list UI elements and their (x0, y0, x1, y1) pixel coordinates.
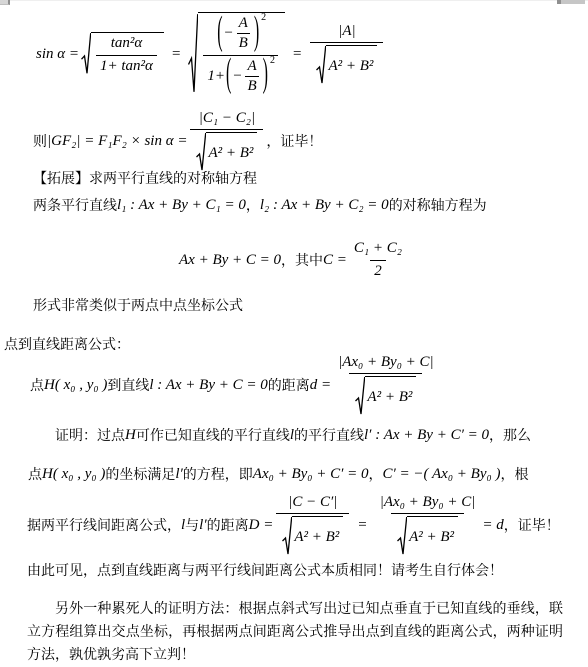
cn-then: ，那么 (489, 425, 531, 445)
formula-gf2-distance: 则 |GF₂| = F₁F₂ × sin α = |C₁ − C₂| A² + … (33, 110, 322, 172)
l-prime-equation: l′ : Ax + By + C′ = 0 (364, 427, 489, 444)
b-term: B (237, 33, 250, 52)
axis-equation: Ax + By + C = 0 (179, 252, 281, 269)
cn-point: 点 (30, 375, 44, 395)
squared-exponent: 2 (270, 55, 275, 67)
sqrt-a2-b2: A² + B² (397, 516, 458, 556)
cn-qed: ，证毕！ (266, 131, 322, 151)
point-h-coords: H( x₀ , y₀ ) (42, 466, 105, 483)
line-form-note: 形式非常类似于两点中点坐标公式 (33, 295, 243, 315)
paragraph-alternative-method: 另外一种累死人的证明方法：根据点斜式写出过已知点垂直于已知直线的垂线，联立方程组… (27, 598, 563, 667)
top-edge-hairline (0, 0, 588, 1)
line2-equation: l₂ : Ax + By + C₂ = 0 (260, 197, 389, 214)
sqrt-a2-b2: A² + B² (316, 45, 377, 85)
cn-where: ，其中 (281, 250, 323, 270)
cn-and: 与 (185, 515, 199, 535)
sqrt-radical-icon (355, 376, 365, 416)
d-equals: d = (310, 377, 331, 394)
open-paren: ( (217, 11, 222, 57)
gf2-fraction: |C₁ − C₂| A² + B² (190, 110, 263, 172)
squared-exponent: 2 (261, 12, 266, 24)
gf2-lhs: |GF₂| = F₁F₂ × sin α = (47, 133, 187, 150)
one-plus-term: 1+ (207, 68, 225, 85)
cn-text: 可作已知直线的平行直线 (136, 425, 290, 445)
a-term: A (245, 58, 258, 76)
tan-fraction: tan²α 1+ tan²α (96, 35, 157, 75)
equals-sign: = (293, 46, 301, 63)
equals-sign: = (358, 517, 366, 534)
cn-text: 的方程，即 (183, 464, 253, 484)
c-average-fraction: C₁ + C₂ 2 (350, 240, 406, 280)
distance-fraction: |Ax₀ + By₀ + C| A² + B² (334, 354, 438, 416)
cn-text: ，根 (500, 464, 528, 484)
two-denominator: 2 (370, 260, 386, 280)
cn-text: 的平行直线 (294, 425, 364, 445)
line1-equation: l₁ : Ax + By + C₁ = 0 (117, 197, 246, 214)
line-proof-satisfy: 点 H( x₀ , y₀ ) 的坐标满足 l′ 的方程，即 Ax₀ + By₀ … (28, 462, 528, 486)
sqrt-a2-b2: A² + B² (282, 516, 343, 556)
cn-comma: ， (369, 464, 383, 484)
open-paren: ( (226, 53, 231, 99)
tan-fraction-denominator: 1+ tan²α (96, 55, 157, 75)
sqrt-radical-icon (81, 32, 91, 76)
heading-point-line-distance: 点到直线距离公式： (4, 334, 130, 354)
c-equals: C = (323, 252, 347, 269)
scrollbar-thumb-fragment[interactable] (557, 0, 585, 4)
sqrt-radical-icon (397, 516, 407, 556)
result-fraction: |A| A² + B² (310, 23, 383, 85)
sqrt-a2-b2: A² + B² (196, 132, 257, 172)
distance-heading-text: 点到直线距离公式： (4, 334, 130, 354)
close-paren: ) (254, 11, 259, 57)
cn-text: 两条平行直线 (33, 195, 117, 215)
equals-sign: = (172, 46, 180, 63)
b-term: B (245, 76, 258, 95)
conclusion-text: 由此可见，点到直线距离与两平行线间距离公式本质相同！请考生自行体会！ (27, 560, 503, 580)
cn-distance: 的距离 (268, 375, 310, 395)
paren-group-numerator: ( − A B ) 2 (216, 15, 265, 53)
l-prime-var: l′ (175, 466, 182, 483)
c1-minus-c2-numerator: |C₁ − C₂| (195, 110, 259, 129)
a-over-b-fraction: A B (245, 58, 258, 96)
abs-c-minus-cprime-numerator: |C − C′| (284, 494, 341, 513)
cn-point: 点 (28, 464, 42, 484)
a2-b2-term: A² + B² (294, 529, 339, 546)
cn-text: 的对称轴方程为 (389, 195, 487, 215)
c-diff-fraction: |C − C′| A² + B² (276, 494, 349, 556)
formula-point-distance: 点 H( x₀ , y₀ ) 到直线 l : Ax + By + C = 0 的… (30, 363, 441, 407)
a2-b2-term: A² + B² (409, 529, 454, 546)
line-conclusion: 由此可见，点到直线距离与两平行线间距离公式本质相同！请考生自行体会！ (27, 560, 503, 580)
close-paren: ) (263, 53, 268, 99)
heading-extension: 【拓展】求两平行直线的对称轴方程 (33, 168, 257, 188)
sqrt-tan-fraction: tan²α 1+ tan²α (81, 32, 164, 76)
a2-b2-term: A² + B² (328, 58, 373, 75)
sin-alpha-lhs: sin α = (36, 46, 79, 63)
l-prime-var: l′ (199, 517, 206, 534)
equals-d-term: = d (482, 517, 503, 534)
a2-b2-term: A² + B² (367, 389, 412, 406)
point-h-coords: H( x₀ , y₀ ) (44, 377, 107, 394)
cn-distance: 的距离 (207, 515, 249, 535)
a2-b2-term: A² + B² (208, 145, 253, 162)
formula-proof-distance: 据两平行线间距离公式， l 与 l′ 的距离 D = |C − C′| A² +… (27, 501, 560, 549)
sqrt-radical-icon (316, 45, 326, 85)
slope-fraction: ( − A B ) 2 1+ ( − (203, 15, 278, 95)
line-l-equation: l : Ax + By + C = 0 (149, 377, 267, 394)
expanded-fraction: |Ax₀ + By₀ + C| A² + B² (376, 494, 480, 556)
h-var: H (125, 427, 136, 444)
cn-to-line: 到直线 (107, 375, 149, 395)
tan-fraction-numerator: tan²α (107, 35, 147, 54)
line-parallel-lines: 两条平行直线 l₁ : Ax + By + C₁ = 0 ， l₂ : Ax +… (33, 193, 487, 217)
abs-a-numerator: |A| (334, 23, 359, 42)
form-note-text: 形式非常类似于两点中点坐标公式 (33, 295, 243, 315)
formula-axis-of-symmetry: Ax + By + C = 0 ，其中 C = C₁ + C₂ 2 (0, 237, 588, 283)
minus-sign: − (224, 25, 234, 42)
paren-group-denominator: ( − A B ) 2 (225, 58, 274, 96)
cn-text: 据两平行线间距离公式， (27, 515, 181, 535)
a-term: A (237, 15, 250, 33)
cn-comma: ， (246, 195, 260, 215)
sqrt-radical-icon (196, 132, 206, 172)
cn-proof: 证明：过点 (55, 425, 125, 445)
abs-ax0-by0-c-numerator: |Ax₀ + By₀ + C| (376, 494, 480, 513)
cn-then: 则 (33, 131, 47, 151)
c-prime-equation: C′ = −( Ax₀ + By₀ ) (383, 466, 501, 483)
line-proof-intro: 证明：过点 H 可作已知直线的平行直线 l 的平行直线 l′ : Ax + By… (55, 424, 531, 446)
minus-sign: − (232, 68, 242, 85)
extension-heading-text: 【拓展】求两平行直线的对称轴方程 (33, 168, 257, 188)
cn-qed: ，证毕！ (504, 515, 560, 535)
sqrt-radical-icon (188, 12, 198, 96)
sqrt-radical-icon (282, 516, 292, 556)
substituted-equation: Ax₀ + By₀ + C′ = 0 (253, 466, 369, 483)
cn-text: 的坐标满足 (105, 464, 175, 484)
c1-plus-c2-numerator: C₁ + C₂ (350, 240, 406, 259)
sqrt-slope-fraction: ( − A B ) 2 1+ ( − (188, 12, 285, 96)
abs-ax0-by0-c-numerator: |Ax₀ + By₀ + C| (334, 354, 438, 373)
ui-fragment-top-left (0, 0, 10, 5)
formula-sin-alpha: sin α = tan²α 1+ tan²α = ( − A B (36, 4, 386, 104)
d-capital-equals: D = (249, 517, 274, 534)
sqrt-a2-b2: A² + B² (355, 376, 416, 416)
a-over-b-fraction: A B (237, 15, 250, 53)
